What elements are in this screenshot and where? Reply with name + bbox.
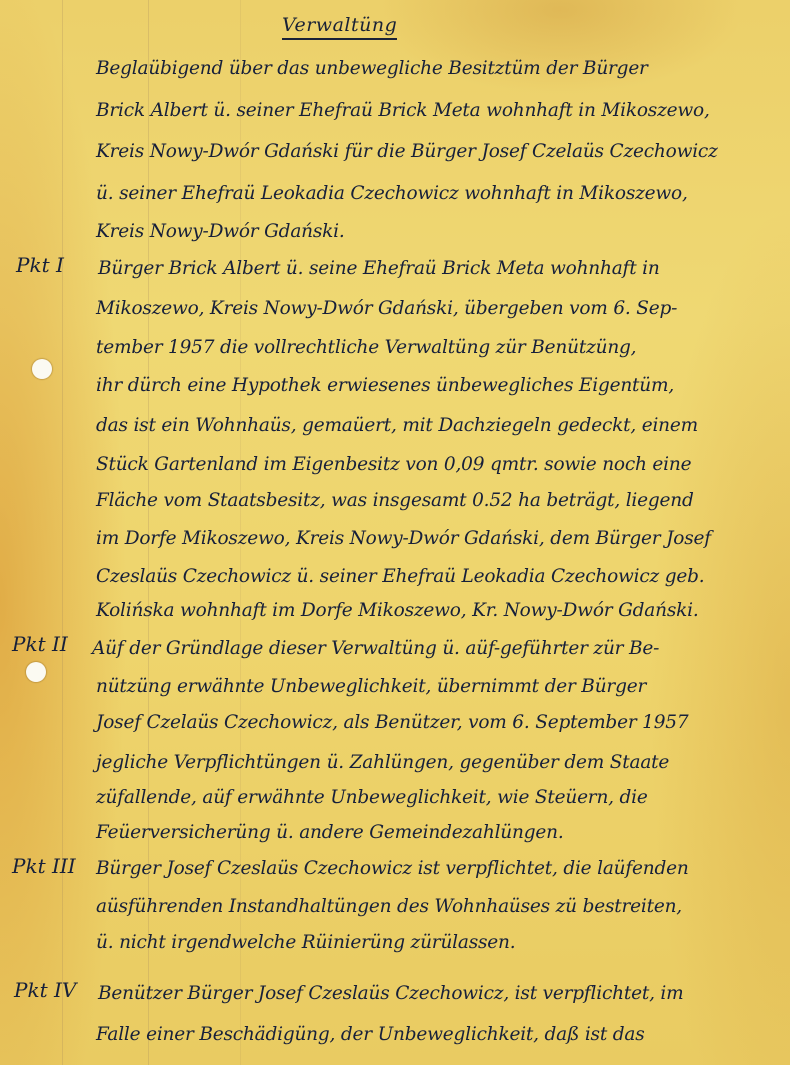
- text-line: Mikoszewo, Kreis Nowy-Dwór Gdański, über…: [96, 298, 677, 319]
- text-line: ihr dürch eine Hypothek erwiesenes ünbew…: [96, 375, 674, 396]
- text-line: aüsführenden Instandhaltüngen des Wohnha…: [96, 896, 682, 917]
- punch-hole: [32, 359, 52, 379]
- text-line: ü. nicht irgendwelche Rüinierüng zürülas…: [96, 932, 515, 953]
- text-line: Czeslaüs Czechowicz ü. seiner Ehefraü Le…: [96, 566, 705, 587]
- text-line: das ist ein Wohnhaüs, gemaüert, mit Dach…: [96, 415, 698, 436]
- text-line: Stück Gartenland im Eigenbesitz von 0,09…: [96, 454, 691, 475]
- text-line: ü. seiner Ehefraü Leokadia Czechowicz wo…: [96, 183, 688, 204]
- point-label: Pkt II: [12, 632, 68, 656]
- text-line: Bürger Brick Albert ü. seine Ehefraü Bri…: [98, 258, 660, 279]
- text-line: nützüng erwähnte Unbeweglichkeit, überni…: [96, 676, 646, 697]
- text-line: Feüerversicherüng ü. andere Gemeindezahl…: [96, 822, 564, 843]
- text-line: Benützer Bürger Josef Czeslaüs Czechowic…: [98, 983, 684, 1004]
- text-line: tember 1957 die vollrechtliche Verwaltün…: [96, 337, 636, 358]
- text-line: Kreis Nowy-Dwór Gdański für die Bürger J…: [96, 141, 718, 162]
- text-line: jegliche Verpflichtüngen ü. Zahlüngen, g…: [96, 752, 669, 773]
- text-line: Josef Czelaüs Czechowicz, als Benützer, …: [96, 712, 688, 733]
- text-line: Fläche vom Staatsbesitz, was insgesamt 0…: [96, 490, 694, 511]
- point-label: Pkt III: [12, 854, 76, 878]
- document-title: Verwaltüng: [282, 14, 397, 40]
- text-line: Bürger Josef Czeslaüs Czechowicz ist ver…: [96, 858, 689, 879]
- text-line: Kreis Nowy-Dwór Gdański.: [96, 221, 345, 242]
- text-line: Falle einer Beschädigüng, der Unbeweglic…: [96, 1024, 645, 1045]
- text-line: Brick Albert ü. seiner Ehefraü Brick Met…: [96, 100, 710, 121]
- punch-hole: [26, 662, 46, 682]
- point-label: Pkt I: [16, 253, 64, 277]
- document-page: Verwaltüng Beglaübigend über das unbeweg…: [0, 0, 790, 1065]
- text-line: Beglaübigend über das unbewegliche Besit…: [96, 58, 648, 79]
- text-line: züfallende, aüf erwähnte Unbeweglichkeit…: [96, 787, 648, 808]
- text-line: Aüf der Gründlage dieser Verwaltüng ü. a…: [92, 638, 659, 659]
- margin-rule: [62, 0, 63, 1065]
- text-line: im Dorfe Mikoszewo, Kreis Nowy-Dwór Gdań…: [96, 528, 711, 549]
- text-line: Kolińska wohnhaft im Dorfe Mikoszewo, Kr…: [96, 600, 699, 621]
- point-label: Pkt IV: [14, 978, 76, 1002]
